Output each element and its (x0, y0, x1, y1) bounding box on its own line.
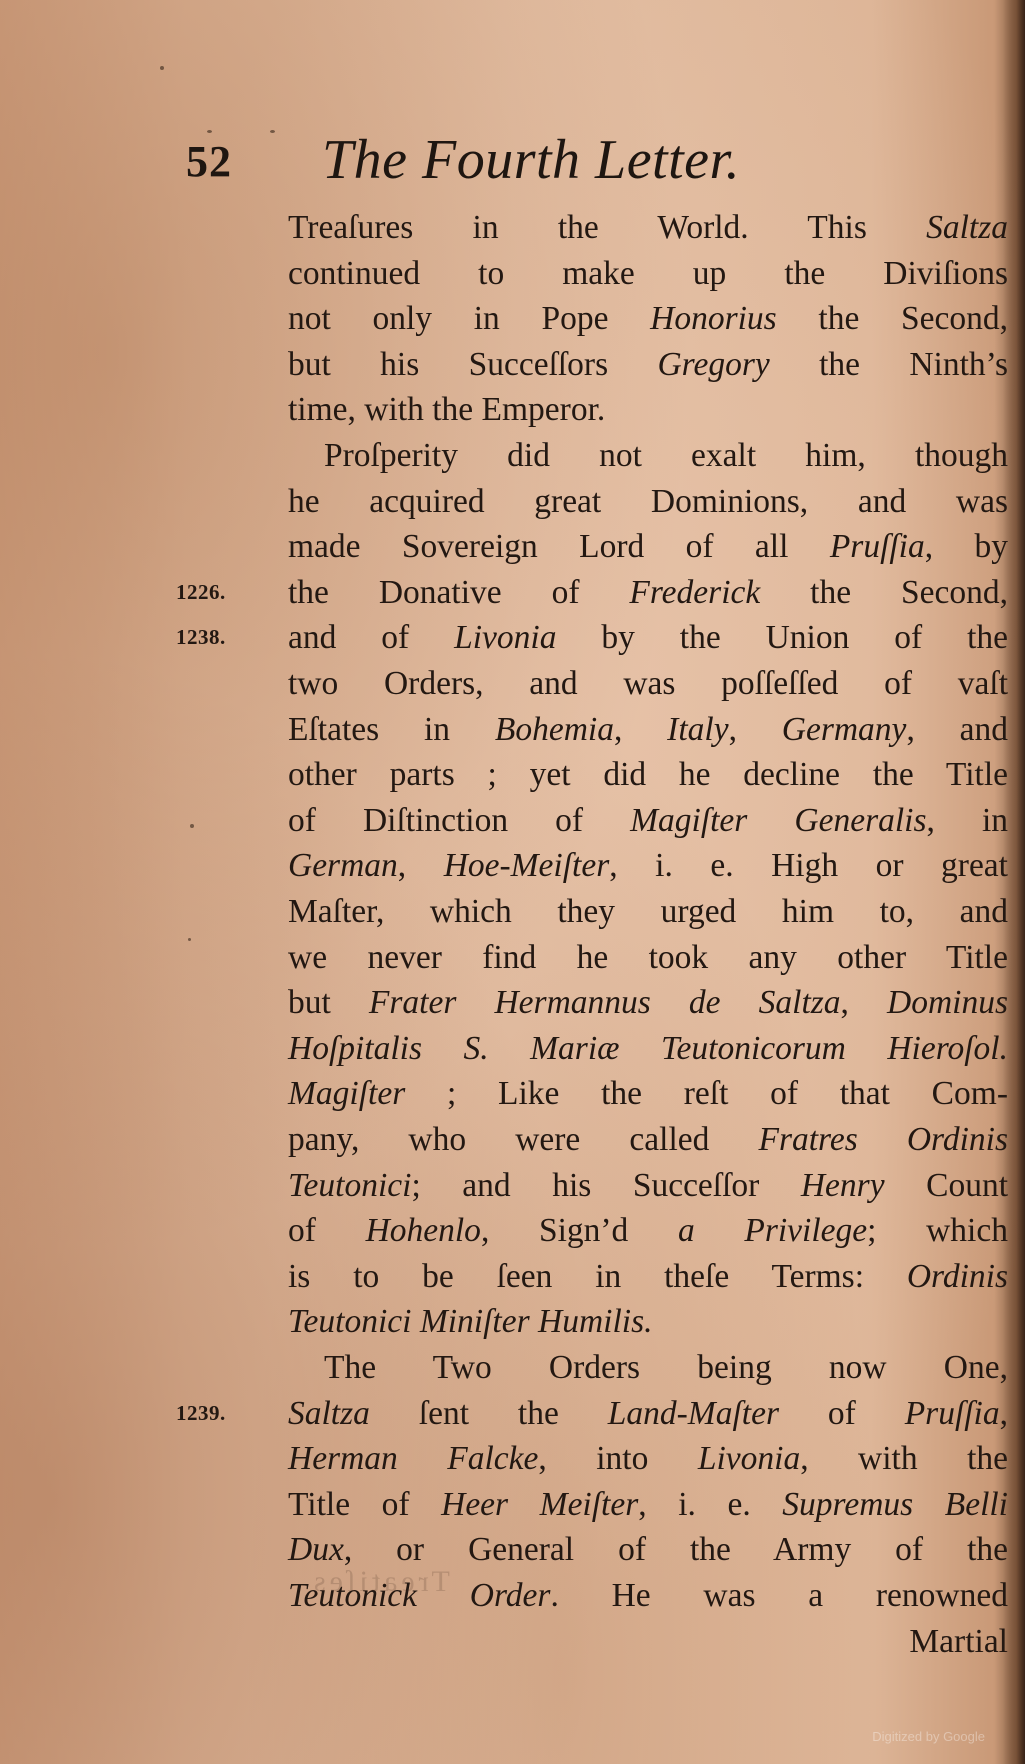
text-line: of Hohenlo, Sign’d a Privilege; which (288, 1208, 1008, 1253)
text-line: Hoſpitalis S. Mariæ Teutonicorum Hieroſo… (288, 1026, 1008, 1071)
roman-text: , by (925, 528, 1008, 565)
italic-text: Honorius (650, 300, 777, 337)
text-line: pany, who were called Fratres Ordinis (288, 1117, 1008, 1162)
roman-text: , or General of the Army of the (344, 1531, 1008, 1568)
text-line: continued to make up the Diviſions (288, 251, 1008, 296)
italic-text: Saltza (926, 209, 1008, 246)
text-line: is to be ſeen in theſe Terms: Ordinis (288, 1254, 1008, 1299)
roman-text: is to be ſeen in theſe Terms: (288, 1258, 907, 1295)
roman-text: , i. e. High or great (609, 847, 1008, 884)
paper-speck (207, 130, 212, 133)
bleed-through-text: Treatiſes (310, 1565, 450, 1599)
roman-text: two Orders, and was poſſeſſed of vaſt (288, 665, 1008, 702)
italic-text: Frederick (629, 574, 760, 611)
book-page: 52 The Fourth Letter. 1226.1238.1239. Tr… (0, 0, 1025, 1764)
roman-text: ; Like the reſt of that Com- (405, 1075, 1008, 1112)
text-line: The Two Orders being now One, (288, 1345, 1008, 1390)
roman-text: of (779, 1395, 905, 1432)
text-line: the Donative of Frederick the Second, (288, 570, 1008, 615)
roman-text: , (1000, 1395, 1008, 1432)
text-line: two Orders, and was poſſeſſed of vaſt (288, 661, 1008, 706)
roman-text: made Sovereign Lord of all (288, 528, 830, 565)
italic-text: Fratres Ordinis (758, 1121, 1008, 1158)
roman-text: not only in Pope (288, 300, 650, 337)
roman-text: the Second, (777, 300, 1008, 337)
text-line: not only in Pope Honorius the Second, (288, 296, 1008, 341)
roman-text: he acquired great Dominions, and was (288, 483, 1008, 520)
text-line: Magiſter ; Like the reſt of that Com- (288, 1071, 1008, 1116)
roman-text: , (614, 711, 667, 748)
paper-speck (270, 130, 275, 133)
italic-text: Land-Maſter (608, 1395, 779, 1432)
text-line: other parts ; yet did he decline the Tit… (288, 752, 1008, 797)
italic-text: Dux (288, 1531, 344, 1568)
roman-text: Treaſures in the World. This (288, 209, 926, 246)
roman-text: ; and his Succeſſor (411, 1167, 800, 1204)
text-line: Treaſures in the World. This Saltza (288, 205, 1008, 250)
italic-text: Magiſter Generalis (630, 802, 926, 839)
catchword: Martial (288, 1619, 1008, 1664)
italic-text: Livonia (698, 1440, 800, 1477)
italic-text: Pruſſia (830, 528, 925, 565)
italic-text: Dominus (887, 984, 1008, 1021)
roman-text: . He was a renowned (550, 1577, 1008, 1614)
italic-text: a Privilege (678, 1212, 867, 1249)
italic-text: Teutonici (288, 1167, 411, 1204)
text-line: of Diſtinction of Magiſter Generalis, in (288, 798, 1008, 843)
roman-text: and of (288, 619, 454, 656)
italic-text: Gregory (657, 346, 769, 383)
margin-date: 1226. (176, 580, 226, 605)
roman-text: ſent the (370, 1395, 608, 1432)
roman-text: Eſtates in (288, 711, 495, 748)
roman-text: , Sign’d (481, 1212, 678, 1249)
page-number: 52 (186, 136, 232, 187)
roman-text: , (841, 984, 887, 1021)
text-line: Teutonici; and his Succeſſor Henry Count (288, 1163, 1008, 1208)
text-line: but his Succeſſors Gregory the Ninth’s (288, 342, 1008, 387)
text-line: Saltza ſent the Land-Maſter of Pruſſia, (288, 1391, 1008, 1436)
roman-text: , and (906, 711, 1008, 748)
italic-text: Teutonici Miniſter Humilis. (288, 1303, 652, 1340)
paper-speck (210, 590, 213, 593)
italic-text: Germany (782, 711, 907, 748)
italic-text: Saltza (288, 1395, 370, 1432)
roman-text: other parts ; yet did he decline the Tit… (288, 756, 1008, 793)
roman-text: the Donative of (288, 574, 629, 611)
text-line: Maſter, which they urged him to, and (288, 889, 1008, 934)
italic-text: Bohemia (495, 711, 614, 748)
italic-text: Heer Meiſter (441, 1486, 638, 1523)
roman-text: ; which (867, 1212, 1008, 1249)
roman-text: , i. e. (638, 1486, 782, 1523)
roman-text: of (288, 1212, 366, 1249)
page-header: 52 The Fourth Letter. (0, 128, 1025, 198)
italic-text: Hohenlo (366, 1212, 481, 1249)
text-line: Title of Heer Meiſter, i. e. Supremus Be… (288, 1482, 1008, 1527)
italic-text: Hoſpitalis S. Mariæ Teutonicorum Hieroſo… (288, 1030, 1008, 1067)
roman-text: The Two Orders being now One, (324, 1349, 1008, 1386)
text-line: we never find he took any other Title (288, 935, 1008, 980)
italic-text: Supremus Belli (782, 1486, 1008, 1523)
text-line: Eſtates in Bohemia, Italy, Germany, and (288, 707, 1008, 752)
roman-text: , with the (800, 1440, 1008, 1477)
roman-text: , (398, 847, 444, 884)
margin-date: 1239. (176, 1401, 226, 1426)
italic-text: Henry (801, 1167, 885, 1204)
roman-text: by the Union of the (556, 619, 1008, 656)
text-line: and of Livonia by the Union of the (288, 615, 1008, 660)
roman-text: , in (927, 802, 1008, 839)
italic-text: Hoe-Meiſter (444, 847, 610, 884)
paper-speck (188, 938, 191, 941)
roman-text: pany, who were called (288, 1121, 758, 1158)
italic-text: Ordinis (907, 1258, 1008, 1295)
text-line: Proſperity did not exalt him, though (288, 433, 1008, 478)
roman-text: the Second, (760, 574, 1008, 611)
text-line: time, with the Emperor. (288, 387, 1008, 432)
text-line: made Sovereign Lord of all Pruſſia, by (288, 524, 1008, 569)
text-line: Herman Falcke, into Livonia, with the (288, 1436, 1008, 1481)
roman-text: , into (538, 1440, 697, 1477)
roman-text: , (729, 711, 782, 748)
roman-text: time, with the Emperor. (288, 391, 605, 428)
roman-text: the Ninth’s (770, 346, 1008, 383)
roman-text: continued to make up the Diviſions (288, 255, 1008, 292)
italic-text: Frater Hermannus de Saltza (369, 984, 841, 1021)
text-line: German, Hoe-Meiſter, i. e. High or great (288, 843, 1008, 888)
text-line: he acquired great Dominions, and was (288, 479, 1008, 524)
roman-text: of Diſtinction of (288, 802, 630, 839)
roman-text: Count (885, 1167, 1008, 1204)
margin-date: 1238. (176, 625, 226, 650)
paper-speck (160, 66, 164, 70)
italic-text: Magiſter (288, 1075, 405, 1112)
italic-text: Italy (667, 711, 728, 748)
text-line: Teutonici Miniſter Humilis. (288, 1299, 1008, 1344)
italic-text: Herman Falcke (288, 1440, 538, 1477)
italic-text: Pruſſia (905, 1395, 1000, 1432)
italic-text: Livonia (454, 619, 556, 656)
roman-text: Maſter, which they urged him to, and (288, 893, 1008, 930)
roman-text: but his Succeſſors (288, 346, 657, 383)
watermark: Digitized by Google (872, 1729, 985, 1744)
roman-text: Proſperity did not exalt him, though (324, 437, 1008, 474)
roman-text: but (288, 984, 369, 1021)
running-head: The Fourth Letter. (322, 128, 740, 192)
italic-text: German (288, 847, 398, 884)
roman-text: we never find he took any other Title (288, 939, 1008, 976)
text-line: but Frater Hermannus de Saltza, Dominus (288, 980, 1008, 1025)
roman-text: Title of (288, 1486, 441, 1523)
paper-speck (190, 824, 194, 828)
